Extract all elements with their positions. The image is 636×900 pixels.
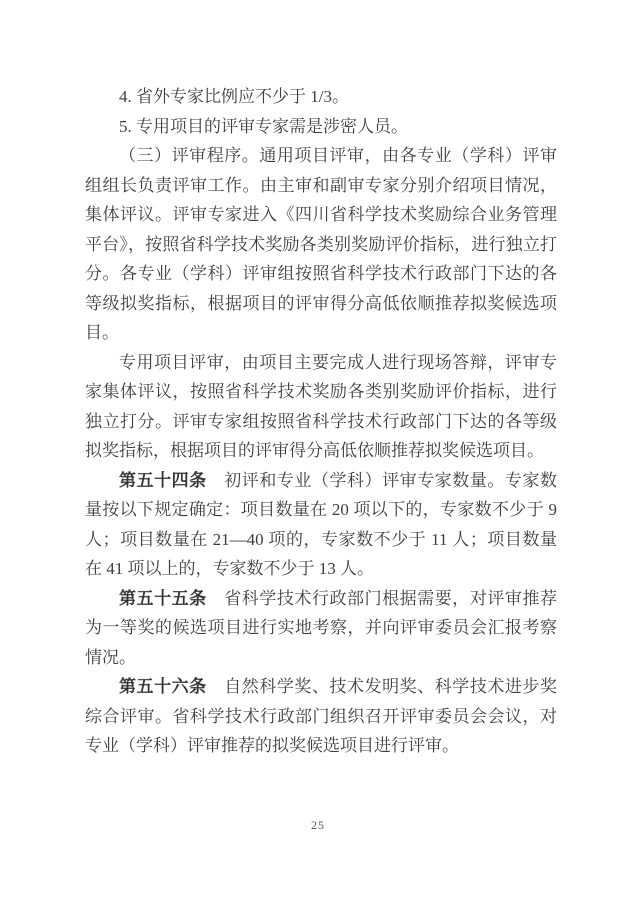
list-item-5: 5. 专用项目的评审专家需是涉密人员。	[85, 112, 557, 142]
list-item-text: 5. 专用项目的评审专家需是涉密人员。	[119, 117, 408, 136]
paragraph-review-procedure: （三）评审程序。通用项目评审，由各专业（学科）评审组组长负责评审工作。由主审和副…	[85, 141, 557, 348]
page-number: 25	[0, 818, 636, 833]
paragraph-text: （三）评审程序。通用项目评审，由各专业（学科）评审组组长负责评审工作。由主审和副…	[85, 146, 557, 342]
document-body: 4. 省外专家比例应不少于 1/3。 5. 专用项目的评审专家需是涉密人员。 （…	[85, 82, 557, 761]
paragraph-text: 专用项目评审，由项目主要完成人进行现场答辩，评审专家集体评议，按照省科学技术奖励…	[85, 353, 557, 461]
article-number: 第五十五条	[119, 589, 207, 608]
article-56: 第五十六条 自然科学奖、技术发明奖、科学技术进步奖综合评审。省科学技术行政部门组…	[85, 672, 557, 761]
list-item-4: 4. 省外专家比例应不少于 1/3。	[85, 82, 557, 112]
document-page: 4. 省外专家比例应不少于 1/3。 5. 专用项目的评审专家需是涉密人员。 （…	[0, 0, 636, 900]
paragraph-special-project-review: 专用项目评审，由项目主要完成人进行现场答辩，评审专家集体评议，按照省科学技术奖励…	[85, 348, 557, 466]
article-number: 第五十六条	[119, 677, 207, 696]
article-55: 第五十五条 省科学技术行政部门根据需要，对评审推荐为一等奖的候选项目进行实地考察…	[85, 584, 557, 673]
list-item-text: 4. 省外专家比例应不少于 1/3。	[119, 87, 349, 106]
article-54: 第五十四条 初评和专业（学科）评审专家数量。专家数量按以下规定确定：项目数量在 …	[85, 466, 557, 584]
article-number: 第五十四条	[119, 471, 207, 490]
